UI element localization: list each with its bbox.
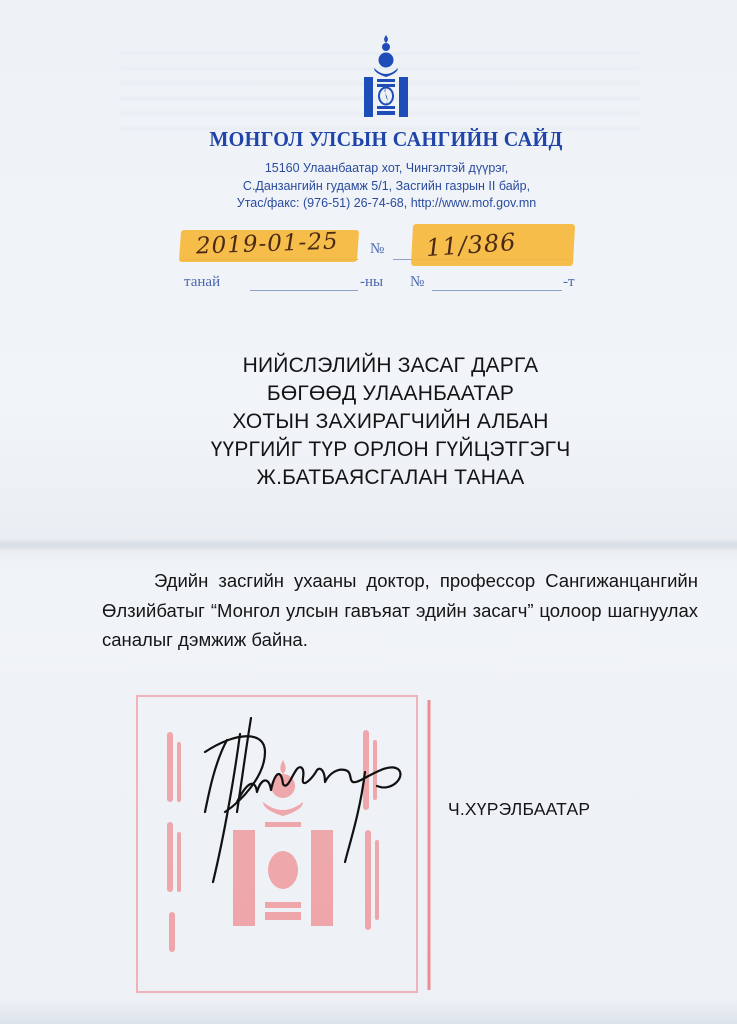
addressee-block: НИЙСЛЭЛИЙН ЗАСАГ ДАРГА БӨГӨӨД УЛААНБААТА… <box>0 352 737 492</box>
address-line: Утас/факс: (976-51) 26-74-68, http://www… <box>18 195 737 213</box>
letter-date: 2019-01-25 <box>196 229 339 260</box>
address-line: 15160 Улаанбаатар хот, Чингэлтэй дүүрэг, <box>18 160 737 178</box>
address-block: 15160 Улаанбаатар хот, Чингэлтэй дүүрэг,… <box>0 160 737 213</box>
addressee-line: ХОТЫН ЗАХИРАГЧИЙН АЛБАН <box>22 408 737 436</box>
addressee-line: Ж.БАТБАЯСГАЛАН ТАНАА <box>22 464 737 492</box>
your-date-underline <box>250 290 358 291</box>
addressee-line: БӨГӨӨД УЛААНБААТАР <box>22 380 737 408</box>
addressee-line: НИЙСЛЭЛИЙН ЗАСАГ ДАРГА <box>22 352 737 380</box>
address-line: С.Данзангийн гудамж 5/1, Засгийн газрын … <box>18 178 737 196</box>
body-paragraph: Эдийн засгийн ухааны доктор, профессор С… <box>102 566 698 655</box>
organization-title: МОНГОЛ УЛСЫН САНГИЙН САЙД <box>0 127 737 152</box>
your-suffix: -ны <box>360 274 383 291</box>
signer-name: Ч.ХҮРЭЛБААТАР <box>448 799 590 820</box>
your-number-underline <box>432 290 562 291</box>
organization-name: МОНГОЛ УЛСЫН САНГИЙН САЙД <box>209 127 562 152</box>
your-number-label: № <box>410 274 424 291</box>
addressee-line: ҮҮРГИЙГ ТҮР ОРЛОН ГҮЙЦЭТГЭГЧ <box>22 436 737 464</box>
number-label: № <box>370 241 384 258</box>
your-number-suffix: -т <box>563 274 575 291</box>
paper-fold <box>0 538 737 552</box>
handwritten-signature-icon <box>195 712 410 892</box>
soyombo-emblem-icon <box>363 35 409 119</box>
your-label: танай <box>184 274 220 291</box>
